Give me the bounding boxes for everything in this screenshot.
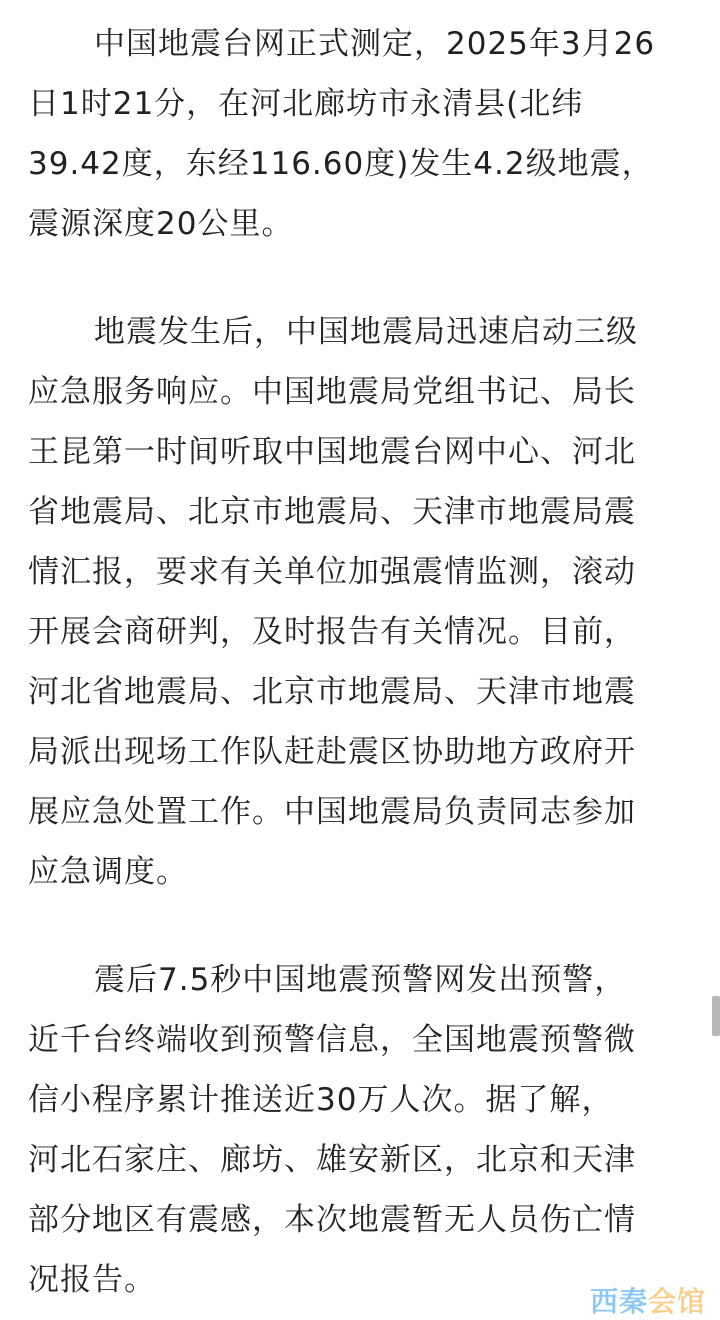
text-line: 应急调度。 — [28, 842, 692, 902]
text-line: 信小程序累计推送近30万人次。据了解， — [28, 1070, 692, 1130]
text-line: 日1时21分，在河北廊坊市永清县(北纬 — [28, 74, 692, 134]
text-line: 部分地区有震感，本次地震暂无人员伤亡情 — [28, 1190, 692, 1250]
text-line: 39.42度，东经116.60度)发生4.2级地震， — [28, 134, 692, 194]
text-line: 王昆第一时间听取中国地震台网中心、河北 — [28, 422, 692, 482]
text-line: 开展会商研判，及时报告有关情况。目前， — [28, 602, 692, 662]
text-line: 地震发生后，中国地震局迅速启动三级 — [28, 302, 692, 362]
article-body: 中国地震台网正式测定，2025年3月26 日1时21分，在河北廊坊市永清县(北纬… — [28, 14, 692, 1310]
text-line: 展应急处置工作。中国地震局负责同志参加 — [28, 782, 692, 842]
watermark-logo: 西秦会馆 — [590, 1280, 706, 1320]
text-line: 河北省地震局、北京市地震局、天津市地震 — [28, 662, 692, 722]
watermark-part-1: 西秦 — [590, 1285, 648, 1318]
text-line: 河北石家庄、廊坊、雄安新区，北京和天津 — [28, 1130, 692, 1190]
scrollbar-thumb[interactable] — [712, 996, 720, 1036]
paragraph-spacer — [28, 254, 692, 302]
text-line: 近千台终端收到预警信息，全国地震预警微 — [28, 1010, 692, 1070]
paragraph-3: 震后7.5秒中国地震预警网发出预警， 近千台终端收到预警信息，全国地震预警微 信… — [28, 950, 692, 1310]
paragraph-spacer — [28, 902, 692, 950]
text-line: 震后7.5秒中国地震预警网发出预警， — [28, 950, 692, 1010]
watermark-part-2: 会馆 — [648, 1285, 706, 1318]
text-line: 局派出现场工作队赶赴震区协助地方政府开 — [28, 722, 692, 782]
text-line: 震源深度20公里。 — [28, 194, 692, 254]
paragraph-2: 地震发生后，中国地震局迅速启动三级 应急服务响应。中国地震局党组书记、局长 王昆… — [28, 302, 692, 902]
text-line: 应急服务响应。中国地震局党组书记、局长 — [28, 362, 692, 422]
paragraph-1: 中国地震台网正式测定，2025年3月26 日1时21分，在河北廊坊市永清县(北纬… — [28, 14, 692, 254]
text-line: 省地震局、北京市地震局、天津市地震局震 — [28, 482, 692, 542]
text-line: 中国地震台网正式测定，2025年3月26 — [28, 14, 692, 74]
text-line: 情汇报，要求有关单位加强震情监测，滚动 — [28, 542, 692, 602]
